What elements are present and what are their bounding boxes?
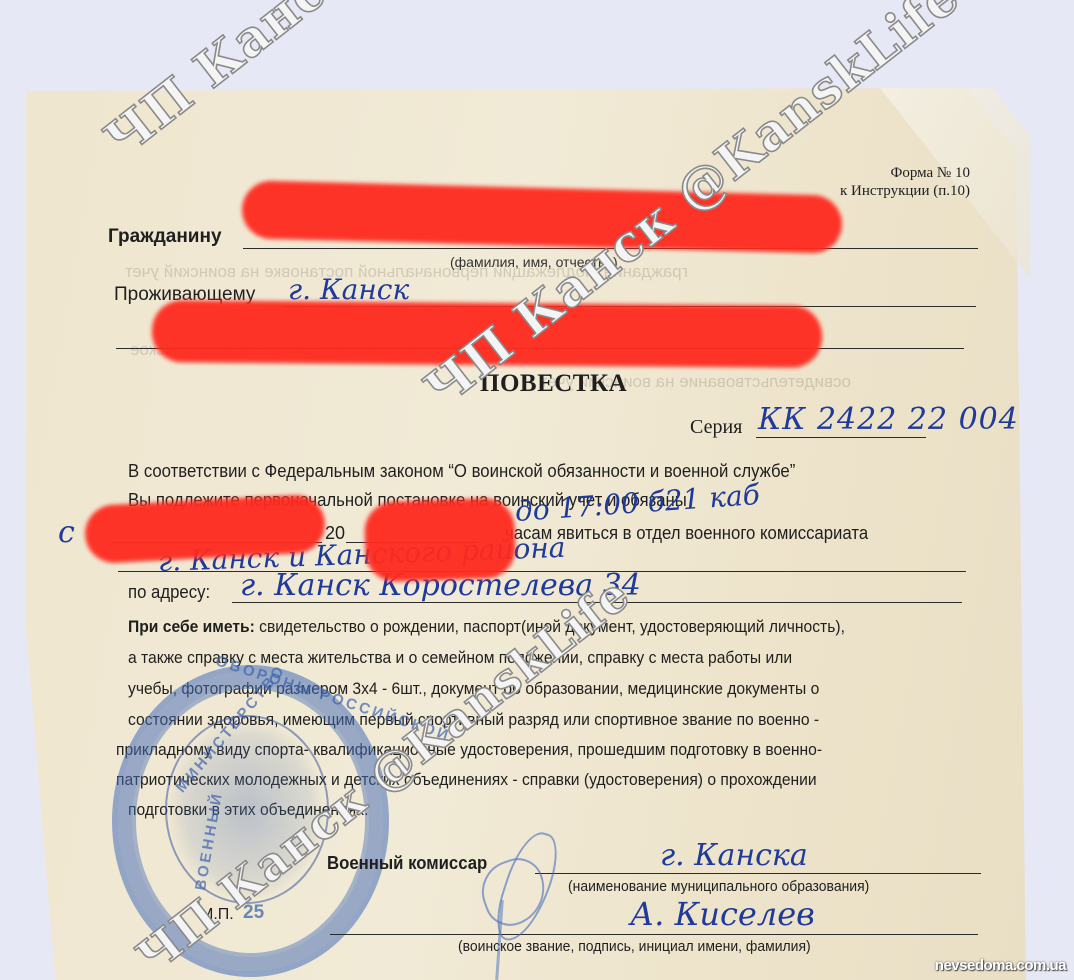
- law-reference: В соответствии с Федеральным законом “О …: [128, 461, 795, 482]
- municipality-hint: (наименование муниципального образования…: [568, 878, 869, 895]
- commissar-label: Военный комиссар: [327, 853, 487, 874]
- redaction-time: [364, 497, 517, 582]
- citizen-label: Гражданину: [108, 226, 222, 248]
- municipality-handwritten: г. Канска: [660, 838, 808, 873]
- signer-hint: (воинское звание, подпись, инициал имени…: [458, 938, 811, 955]
- requirements-line-1: При себе иметь: свидетельство о рождении…: [128, 617, 845, 637]
- requirements-label: При себе иметь:: [128, 617, 255, 636]
- form-number: Форма № 10: [891, 165, 970, 182]
- series-line: [756, 437, 926, 438]
- signer-handwritten: А. Киселев: [630, 895, 815, 933]
- instruction-reference: к Инструкции (п.10): [840, 183, 970, 200]
- address-label: по адресу:: [128, 582, 210, 603]
- signer-line: [330, 934, 978, 935]
- date-prefix-handwritten: с: [58, 515, 75, 550]
- series-number-handwritten: КК 2422 22 004: [758, 402, 1019, 437]
- series-label: Серия: [690, 416, 742, 439]
- municipality-line: [535, 873, 981, 874]
- source-credit: nevsedoma.com.ua: [935, 957, 1066, 974]
